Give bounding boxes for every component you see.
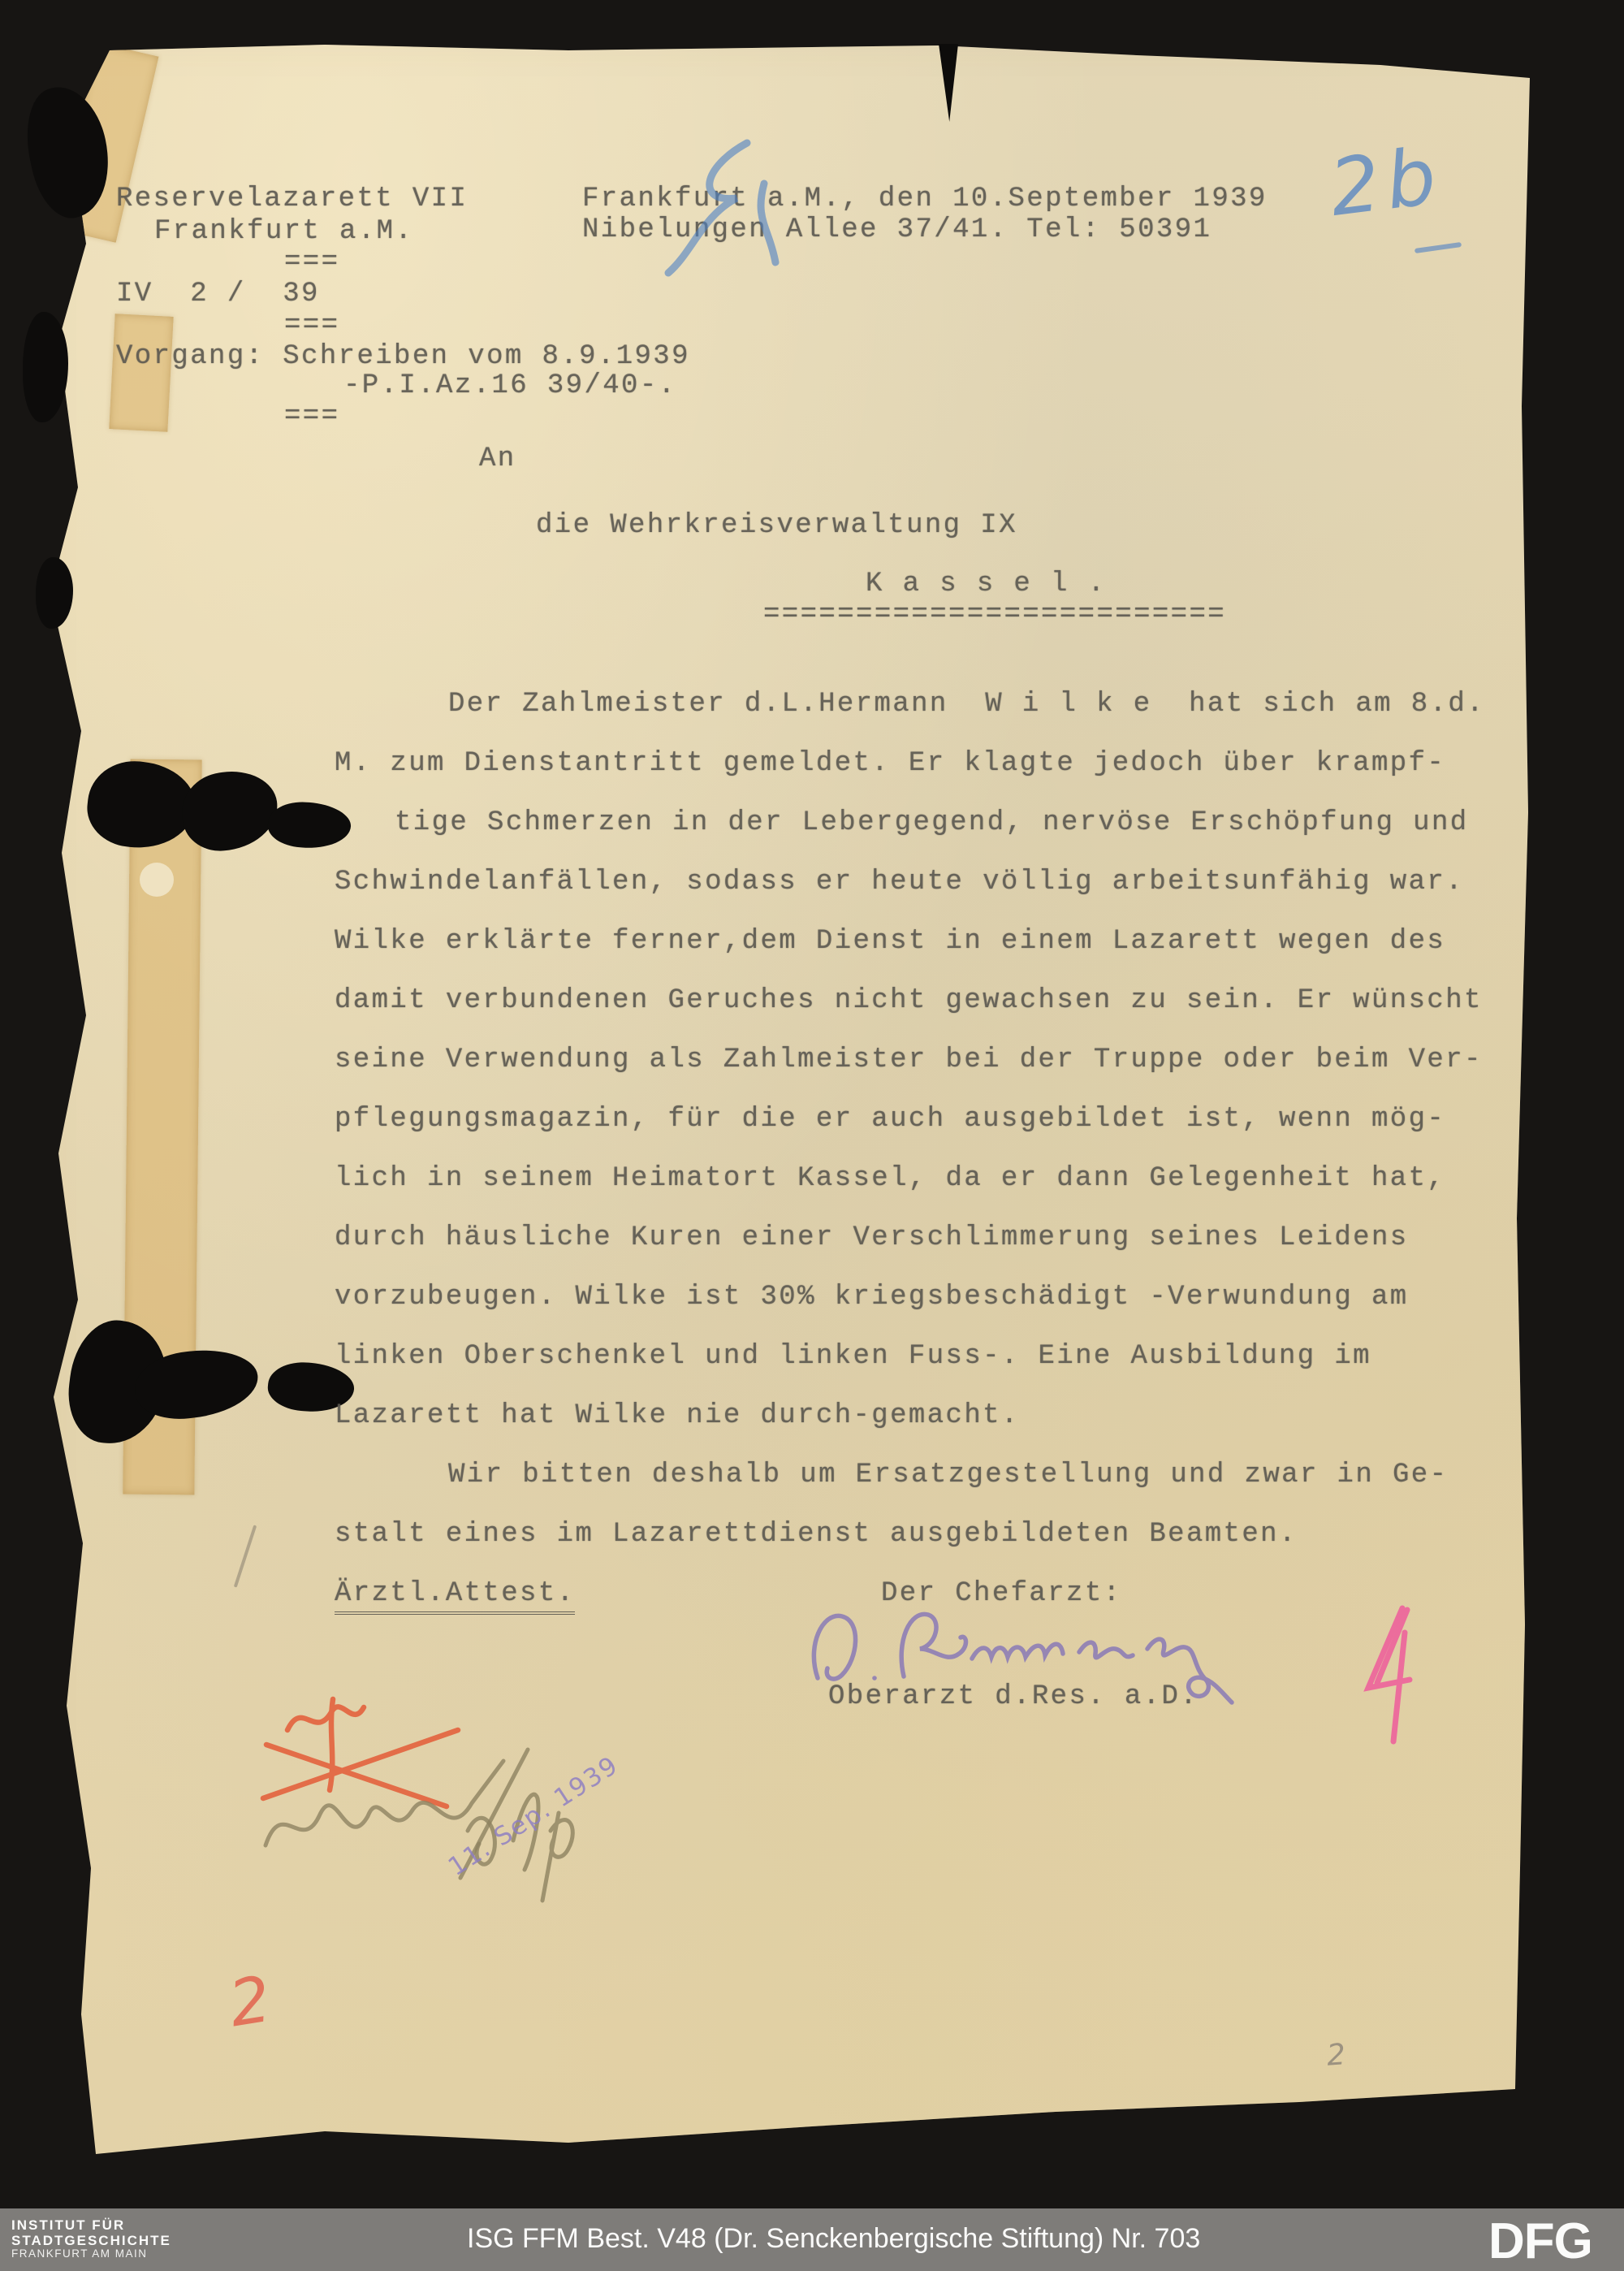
body-line: damit verbundenen Geruches nicht gewachs…: [335, 987, 1483, 1014]
blue-crayon-mark: [646, 136, 800, 291]
body-line: lich in seinem Heimatort Kassel, da er d…: [335, 1165, 1445, 1192]
archive-footer-bar: INSTITUT FÜR STADTGESCHICHTE FRANKFURT A…: [0, 2208, 1624, 2271]
attachment-note: Ärztl.Attest.: [335, 1580, 575, 1607]
divider: ===: [284, 249, 339, 276]
body-line: Lazarett hat Wilke nie durch-gemacht.: [335, 1402, 1020, 1430]
body-line: linken Oberschenkel und linken Fuss-. Ei…: [335, 1343, 1371, 1370]
divider: ===: [284, 403, 339, 430]
vorgang-line2: -P.I.Az.16 39/40-.: [343, 372, 676, 400]
body-line: Wir bitten deshalb um Ersatzgestellung u…: [448, 1461, 1448, 1489]
institute-line1: INSTITUT FÜR: [11, 2218, 171, 2234]
body-line: stalt eines im Lazarettdienst ausgebilde…: [335, 1520, 1298, 1548]
attachment-note-text: Ärztl.Attest.: [335, 1578, 575, 1615]
dfg-logo: DFG: [1488, 2213, 1592, 2270]
body-line: Der Zahlmeister d.L.Hermann W i l k e ha…: [448, 690, 1485, 718]
body-line: Schwindelanfällen, sodass er heute völli…: [335, 868, 1464, 896]
recipient-city: K a s s e l .: [866, 570, 1106, 598]
archive-scan-page: { "colors": { "background": "#171513", "…: [0, 0, 1624, 2271]
recipient-salutation: An: [479, 445, 516, 473]
institute-line3: FRANKFURT AM MAIN: [11, 2248, 171, 2260]
vorgang-line1: Vorgang: Schreiben vom 8.9.1939: [116, 343, 690, 370]
body-line: vorzubeugen. Wilke ist 30% kriegsbeschäd…: [335, 1283, 1409, 1311]
body-line: seine Verwendung als Zahlmeister bei der…: [335, 1046, 1483, 1074]
body-line: tige Schmerzen in der Lebergegend, nervö…: [395, 809, 1469, 837]
institute-logo: INSTITUT FÜR STADTGESCHICHTE FRANKFURT A…: [11, 2218, 171, 2260]
sender-city: Frankfurt a.M.: [154, 218, 413, 245]
file-reference: IV 2 / 39: [116, 280, 320, 308]
pink-number-mark: [1358, 1602, 1439, 1752]
body-line: durch häusliche Kuren einer Verschlimmer…: [335, 1224, 1409, 1252]
institute-line2: STADTGESCHICHTE: [11, 2234, 171, 2249]
recipient-office: die Wehrkreisverwaltung IX: [536, 512, 1017, 539]
divider: ===: [284, 312, 339, 340]
sender-unit: Reservelazarett VII: [116, 185, 468, 213]
blue-page-number: 2b: [1325, 130, 1448, 234]
pencil-page-number: 2: [1326, 2038, 1347, 2072]
tape-strip-upper-left: [109, 314, 173, 432]
body-line: M. zum Dienstantritt gemeldet. Er klagte…: [335, 750, 1445, 777]
paper-tear: [23, 312, 68, 422]
punch-hole: [140, 863, 174, 897]
chefarzt-signature: [800, 1598, 1352, 1720]
archive-reference: ISG FFM Best. V48 (Dr. Senckenbergische …: [467, 2223, 1200, 2255]
body-line: pflegungsmagazin, für die er auch ausgeb…: [335, 1105, 1445, 1133]
recipient-underline: =========================: [763, 601, 1226, 629]
body-line: Wilke erklärte ferner,dem Dienst in eine…: [335, 928, 1445, 955]
